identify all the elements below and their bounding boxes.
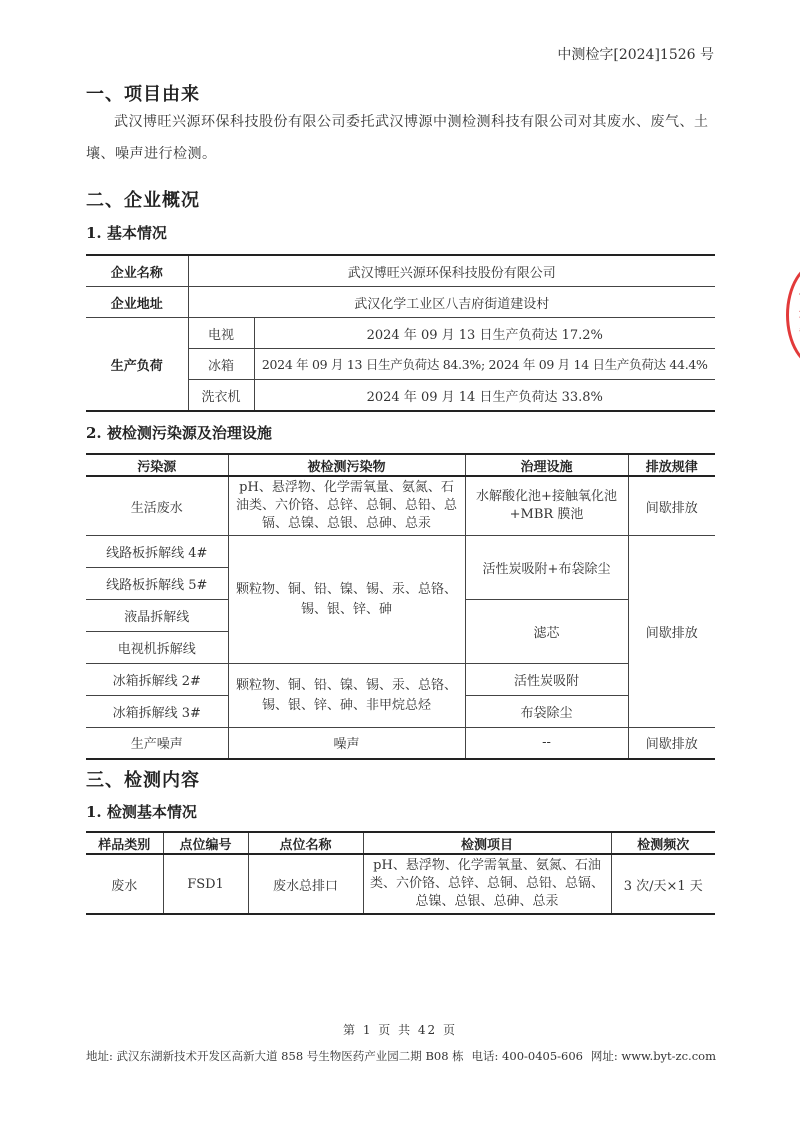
frequency-cell: 3 次/天×1 天 bbox=[611, 854, 715, 914]
pollutants-cell: 颗粒物、铜、铅、镍、锡、汞、总铬、锡、银、锌、砷、非甲烷总烃 bbox=[228, 664, 465, 728]
table-row: 生产噪声 噪声 -- 间歇排放 bbox=[86, 728, 715, 759]
basic-info-table: 企业名称 武汉博旺兴源环保科技股份有限公司 企业地址 武汉化学工业区八吉府街道建… bbox=[86, 254, 715, 412]
company-name-value: 武汉博旺兴源环保科技股份有限公司 bbox=[188, 255, 715, 287]
page-number: 第 1 页 共 42 页 bbox=[0, 1021, 800, 1038]
table-row: 冰箱拆解线 2# 颗粒物、铜、铅、镍、锡、汞、总铬、锡、银、锌、砷、非甲烷总烃 … bbox=[86, 664, 715, 696]
load-value: 2024 年 09 月 13 日生产负荷达 84.3%; 2024 年 09 月… bbox=[254, 349, 715, 380]
production-load-label: 生产负荷 bbox=[86, 318, 188, 412]
load-product: 冰箱 bbox=[188, 349, 254, 380]
facility-cell: 滤芯 bbox=[465, 600, 628, 664]
table-row: 企业地址 武汉化学工业区八吉府街道建设村 bbox=[86, 287, 715, 318]
company-name-label: 企业名称 bbox=[86, 255, 188, 287]
facility-cell: -- bbox=[465, 728, 628, 759]
section-title-company-overview: 二、企业概况 bbox=[86, 186, 200, 212]
project-origin-paragraph: 武汉博旺兴源环保科技股份有限公司委托武汉博源中测检测科技有限公司对其废水、废气、… bbox=[86, 106, 716, 170]
footer-address: 地址: 武汉东湖新技术开发区高新大道 858 号生物医药产业园二期 B08 栋 bbox=[86, 1048, 464, 1064]
load-value: 2024 年 09 月 13 日生产负荷达 17.2% bbox=[254, 318, 715, 349]
point-id-cell: FSD1 bbox=[163, 854, 248, 914]
pollutants-cell: 颗粒物、铜、铅、镍、锡、汞、总铬、锡、银、锌、砷 bbox=[228, 536, 465, 664]
company-address-value: 武汉化学工业区八吉府街道建设村 bbox=[188, 287, 715, 318]
table-header-row: 样品类别 点位编号 点位名称 检测项目 检测频次 bbox=[86, 832, 715, 854]
pollutants-cell: pH、悬浮物、化学需氧量、氨氮、石油类、六价铬、总锌、总铜、总铅、总镉、总镍、总… bbox=[228, 476, 465, 536]
table-row: 线路板拆解线 4# 颗粒物、铜、铅、镍、锡、汞、总铬、锡、银、锌、砷 活性炭吸附… bbox=[86, 536, 715, 568]
category-cell: 废水 bbox=[86, 854, 163, 914]
source-cell: 生产噪声 bbox=[86, 728, 228, 759]
document-number: 中测检字[2024]1526 号 bbox=[557, 44, 714, 64]
source-cell: 液晶拆解线 bbox=[86, 600, 228, 632]
table-row: 生产负荷 电视 2024 年 09 月 13 日生产负荷达 17.2% bbox=[86, 318, 715, 349]
section-title-project-origin: 一、项目由来 bbox=[86, 80, 200, 106]
testing-basics-table: 样品类别 点位编号 点位名称 检测项目 检测频次 废水 FSD1 废水总排口 p… bbox=[86, 831, 715, 915]
items-cell: pH、悬浮物、化学需氧量、氨氮、石油类、六价铬、总锌、总铜、总铅、总镉、总镍、总… bbox=[363, 854, 611, 914]
subsection-title-testing-basics: 1. 检测基本情况 bbox=[86, 801, 197, 822]
discharge-cell: 间歇排放 bbox=[628, 728, 715, 759]
section-title-testing-content: 三、检测内容 bbox=[86, 766, 200, 792]
footer-phone: 电话: 400-0405-606 bbox=[472, 1048, 583, 1064]
col-header-category: 样品类别 bbox=[86, 832, 163, 854]
subsection-title-pollution-sources: 2. 被检测污染源及治理设施 bbox=[86, 422, 272, 443]
col-header-point-id: 点位编号 bbox=[163, 832, 248, 854]
source-cell: 冰箱拆解线 2# bbox=[86, 664, 228, 696]
facility-cell: 活性炭吸附 bbox=[465, 664, 628, 696]
col-header-facility: 治理设施 bbox=[465, 454, 628, 476]
discharge-cell: 间歇排放 bbox=[628, 476, 715, 536]
company-address-label: 企业地址 bbox=[86, 287, 188, 318]
load-product: 洗衣机 bbox=[188, 380, 254, 412]
facility-cell: 活性炭吸附+布袋除尘 bbox=[465, 536, 628, 600]
table-header-row: 污染源 被检测污染物 治理设施 排放规律 bbox=[86, 454, 715, 476]
table-row: 生活废水 pH、悬浮物、化学需氧量、氨氮、石油类、六价铬、总锌、总铜、总铅、总镉… bbox=[86, 476, 715, 536]
col-header-source: 污染源 bbox=[86, 454, 228, 476]
point-name-cell: 废水总排口 bbox=[248, 854, 363, 914]
table-row: 废水 FSD1 废水总排口 pH、悬浮物、化学需氧量、氨氮、石油类、六价铬、总锌… bbox=[86, 854, 715, 914]
col-header-items: 检测项目 bbox=[363, 832, 611, 854]
source-cell: 冰箱拆解线 3# bbox=[86, 696, 228, 728]
col-header-discharge: 排放规律 bbox=[628, 454, 715, 476]
subsection-title-basic-info: 1. 基本情况 bbox=[86, 222, 167, 243]
footer-website[interactable]: 网址: www.byt-zc.com bbox=[591, 1048, 716, 1064]
facility-cell: 布袋除尘 bbox=[465, 696, 628, 728]
discharge-cell: 间歇排放 bbox=[628, 536, 715, 728]
pollutants-cell: 噪声 bbox=[228, 728, 465, 759]
source-cell: 生活废水 bbox=[86, 476, 228, 536]
source-cell: 线路板拆解线 5# bbox=[86, 568, 228, 600]
source-cell: 线路板拆解线 4# bbox=[86, 536, 228, 568]
facility-cell: 水解酸化池+接触氧化池+MBR 膜池 bbox=[465, 476, 628, 536]
company-seal-stamp: 公 章 司 bbox=[786, 262, 800, 368]
col-header-pollutants: 被检测污染物 bbox=[228, 454, 465, 476]
footer: 地址: 武汉东湖新技术开发区高新大道 858 号生物医药产业园二期 B08 栋 … bbox=[86, 1048, 716, 1064]
source-cell: 电视机拆解线 bbox=[86, 632, 228, 664]
col-header-point-name: 点位名称 bbox=[248, 832, 363, 854]
load-product: 电视 bbox=[188, 318, 254, 349]
table-row: 企业名称 武汉博旺兴源环保科技股份有限公司 bbox=[86, 255, 715, 287]
col-header-frequency: 检测频次 bbox=[611, 832, 715, 854]
pollution-source-table: 污染源 被检测污染物 治理设施 排放规律 生活废水 pH、悬浮物、化学需氧量、氨… bbox=[86, 453, 715, 760]
load-value: 2024 年 09 月 14 日生产负荷达 33.8% bbox=[254, 380, 715, 412]
